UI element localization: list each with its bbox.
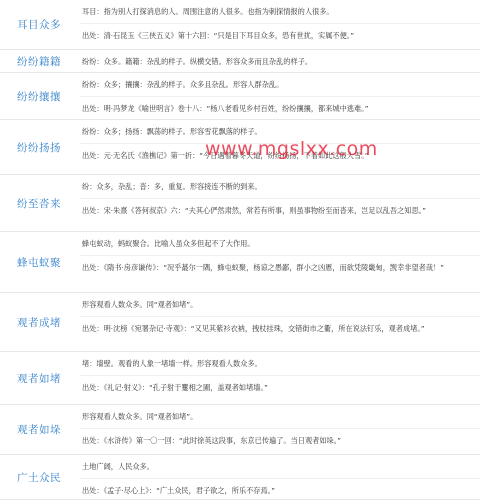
idiom-term-link[interactable]: 纷纷攘攘 [0, 73, 80, 119]
idiom-term-link[interactable]: 纷至沓来 [0, 175, 80, 231]
idiom-meaning: 形容观看人数众多。同“观者如堵”。 [80, 405, 480, 429]
idiom-term-link[interactable]: 纷纷扬扬 [0, 120, 80, 174]
idiom-definitions: 土地广阔，人民众多。出处：《孟子·尽心上》：“广土众民，君子欲之，所乐不存焉。” [80, 455, 480, 499]
idiom-term-link[interactable]: 观者如垛 [0, 405, 80, 454]
idiom-definitions: 纷纷：众多；攘攘：杂乱的样子。众多且杂乱。形容人群杂乱。出处：明·冯梦龙《喻世明… [80, 73, 480, 119]
idiom-meaning: 蜂屯蚁动，蚂蚁聚合。比喻人虽众多但起不了大作用。 [80, 232, 480, 256]
idiom-meaning: 形容观看人数众多。同“观者如堵”。 [80, 293, 480, 317]
idiom-source: 出处：《孟子·尽心上》：“广土众民，君子欲之，所乐不存焉。” [80, 479, 480, 500]
idiom-table: 耳目众多耳目：指为别人打探消息的人。周围注意的人很多。也指为刺探情报的人很多。出… [0, 0, 480, 500]
idiom-term-link[interactable]: 观者成堵 [0, 293, 80, 351]
idiom-term-link[interactable]: 观者如堵 [0, 352, 80, 404]
idiom-source: 出处：《礼记·射义》：“孔子射于矍相之圃，盖观者如堵墙。” [80, 376, 480, 399]
idiom-source: 出处：清·石昆玉《三侠五义》第十六回：“只是目下耳目众多，恐有世扰，实属不便。” [80, 24, 480, 47]
idiom-row: 蜂屯蚁聚蜂屯蚁动，蚂蚁聚合。比喻人虽众多但起不了大作用。出处：《隋书·房彦谦传》… [0, 232, 480, 293]
idiom-row: 观者如堵堵：墙壁。观看的人象一堵墙一样。形容观看人数众多。出处：《礼记·射义》：… [0, 352, 480, 405]
idiom-row: 观者成堵形容观看人数众多。同“观者如堵”。出处：明·沈榜《宛署杂记·寺观》：“又… [0, 293, 480, 352]
idiom-meaning: 土地广阔，人民众多。 [80, 455, 480, 479]
idiom-source: 出处：《隋书·房彦谦传》：“况乎蕞尔一隅，蜂屯蚁聚，杨谅之愚鄙，群小之凶慝，而欲… [80, 256, 480, 279]
idiom-term-link[interactable]: 蜂屯蚁聚 [0, 232, 80, 292]
idiom-source: 出处：明·沈榜《宛署杂记·寺观》：“又见其紫衫衣衲，拽杖挂珠，交错街市之衢，所在… [80, 317, 480, 340]
idiom-row: 纷至沓来纷：众多，杂乱；沓：多，重复。形容接连不断的到来。出处：宋·朱熹《答何叔… [0, 175, 480, 232]
idiom-row: 广土众民土地广阔，人民众多。出处：《孟子·尽心上》：“广土众民，君子欲之，所乐不… [0, 455, 480, 500]
idiom-term-link[interactable]: 纷纷籍籍 [0, 50, 80, 72]
idiom-term-link[interactable]: 耳目众多 [0, 0, 80, 49]
idiom-definitions: 形容观看人数众多。同“观者如堵”。出处：《水浒传》第一〇一回：“此时徐英这段事，… [80, 405, 480, 454]
idiom-meaning: 耳目：指为别人打探消息的人。周围注意的人很多。也指为刺探情报的人很多。 [80, 0, 480, 24]
idiom-meaning: 纷：众多，杂乱；沓：多，重复。形容接连不断的到来。 [80, 175, 480, 199]
idiom-meaning: 纷纷：众多。籍籍：杂乱的样子。纵横交错。形容众多而且杂乱的样子。 [80, 50, 480, 73]
idiom-definitions: 形容观看人数众多。同“观者如堵”。出处：明·沈榜《宛署杂记·寺观》：“又见其紫衫… [80, 293, 480, 351]
idiom-row: 观者如垛形容观看人数众多。同“观者如堵”。出处：《水浒传》第一〇一回：“此时徐英… [0, 405, 480, 455]
idiom-source: 出处：宋·朱熹《答何叔京》六：“夫其心俨然肃然，常若有所事，则虽事物纷至而沓来，… [80, 199, 480, 222]
idiom-meaning: 纷纷：众多；攘攘：杂乱的样子。众多且杂乱。形容人群杂乱。 [80, 73, 480, 97]
idiom-definitions: 耳目：指为别人打探消息的人。周围注意的人很多。也指为刺探情报的人很多。出处：清·… [80, 0, 480, 49]
idiom-row: 纷纷攘攘纷纷：众多；攘攘：杂乱的样子。众多且杂乱。形容人群杂乱。出处：明·冯梦龙… [0, 73, 480, 120]
idiom-source: 出处：《水浒传》第一〇一回：“此时徐英这段事，东京已传遍了。当日观者如垛。” [80, 429, 480, 452]
idiom-source: 出处：明·冯梦龙《喻世明言》卷十八：“杨八老看见乡村百姓，纷纷攘攘，都来城中逃难… [80, 97, 480, 120]
idiom-definitions: 纷纷：众多；扬扬：飘荡的样子。形容雪花飘落的样子。出处：元·无名氏《渔樵记》第一… [80, 120, 480, 174]
idiom-row: 耳目众多耳目：指为别人打探消息的人。周围注意的人很多。也指为刺探情报的人很多。出… [0, 0, 480, 50]
idiom-row: 纷纷籍籍纷纷：众多。籍籍：杂乱的样子。纵横交错。形容众多而且杂乱的样子。 [0, 50, 480, 73]
idiom-row: 纷纷扬扬纷纷：众多；扬扬：飘荡的样子。形容雪花飘落的样子。出处：元·无名氏《渔樵… [0, 120, 480, 175]
idiom-meaning: 堵：墙壁。观看的人象一堵墙一样。形容观看人数众多。 [80, 352, 480, 376]
idiom-term-link[interactable]: 广土众民 [0, 455, 80, 499]
idiom-definitions: 纷：众多，杂乱；沓：多，重复。形容接连不断的到来。出处：宋·朱熹《答何叔京》六：… [80, 175, 480, 231]
idiom-source: 出处：元·无名氏《渔樵记》第一折：“今日遇着暮冬天道，纷纷扬扬，下着如此这般大雪… [80, 144, 480, 167]
idiom-definitions: 纷纷：众多。籍籍：杂乱的样子。纵横交错。形容众多而且杂乱的样子。 [80, 50, 480, 72]
idiom-definitions: 蜂屯蚁动，蚂蚁聚合。比喻人虽众多但起不了大作用。出处：《隋书·房彦谦传》：“况乎… [80, 232, 480, 292]
idiom-meaning: 纷纷：众多；扬扬：飘荡的样子。形容雪花飘落的样子。 [80, 120, 480, 144]
idiom-definitions: 堵：墙壁。观看的人象一堵墙一样。形容观看人数众多。出处：《礼记·射义》：“孔子射… [80, 352, 480, 404]
